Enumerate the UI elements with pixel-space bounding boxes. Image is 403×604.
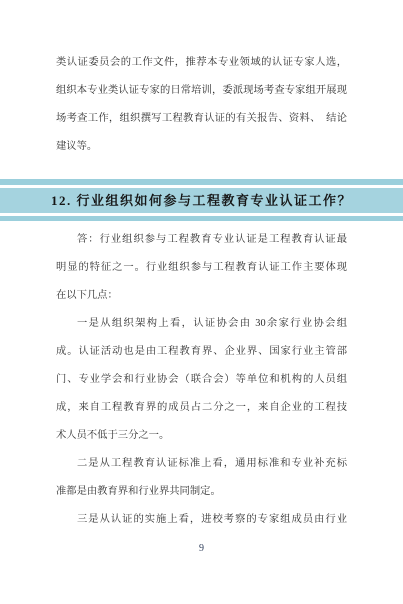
text-line: 组织本专业类认证专家的日常培训，委派现场考查专家组开展现	[56, 77, 347, 105]
text-line: 成。认证活动也是由工程教育界、企业界、国家行业主管部	[56, 338, 347, 366]
page-number: 9	[0, 543, 403, 554]
banner-title-band: 12. 行业组织如何参与工程教育专业认证工作？	[0, 188, 403, 213]
document-page: 类认证委员会的工作文件，推荐本专业领域的认证专家人选， 组织本专业类认证专家的日…	[0, 0, 403, 604]
text-line: 一是从组织架构上看，认证协会由 30余家行业协会组	[56, 310, 347, 338]
text-line: 场考查工作，组织撰写工程教育认证的有关报告、资料、 结论	[56, 105, 347, 133]
text-line: 准都是由教育界和行业界共同制定。	[56, 478, 347, 506]
text-line: 门、专业学会和行业协会（联合会）等单位和机构的人员组	[56, 366, 347, 394]
answer-body: 答：行业组织参与工程教育专业认证是工程教育认证最 明显的特征之一。行业组织参与工…	[56, 226, 347, 534]
banner-top-rule	[0, 179, 403, 185]
text-line: 答：行业组织参与工程教育专业认证是工程教育认证最	[56, 226, 347, 254]
text-line: 二是从工程教育认证标准上看，通用标准和专业补充标	[56, 450, 347, 478]
question-title: 12. 行业组织如何参与工程教育专业认证工作？	[51, 193, 352, 208]
text-line: 成，来自工程教育界的成员占二分之一，来自企业的工程技	[56, 394, 347, 422]
question-banner: 12. 行业组织如何参与工程教育专业认证工作？	[0, 179, 403, 221]
text-line: 术人员不低于三分之一。	[56, 422, 347, 450]
text-line: 建议等。	[56, 133, 347, 161]
text-line: 三是从认证的实施上看，进校考察的专家组成员由行业	[56, 506, 347, 534]
text-line: 在以下几点：	[56, 282, 347, 310]
banner-bottom-rule	[0, 216, 403, 221]
paragraph-continuation: 类认证委员会的工作文件，推荐本专业领域的认证专家人选， 组织本专业类认证专家的日…	[56, 49, 347, 161]
text-line: 类认证委员会的工作文件，推荐本专业领域的认证专家人选，	[56, 49, 347, 77]
text-line: 明显的特征之一。行业组织参与工程教育认证工作主要体现	[56, 254, 347, 282]
